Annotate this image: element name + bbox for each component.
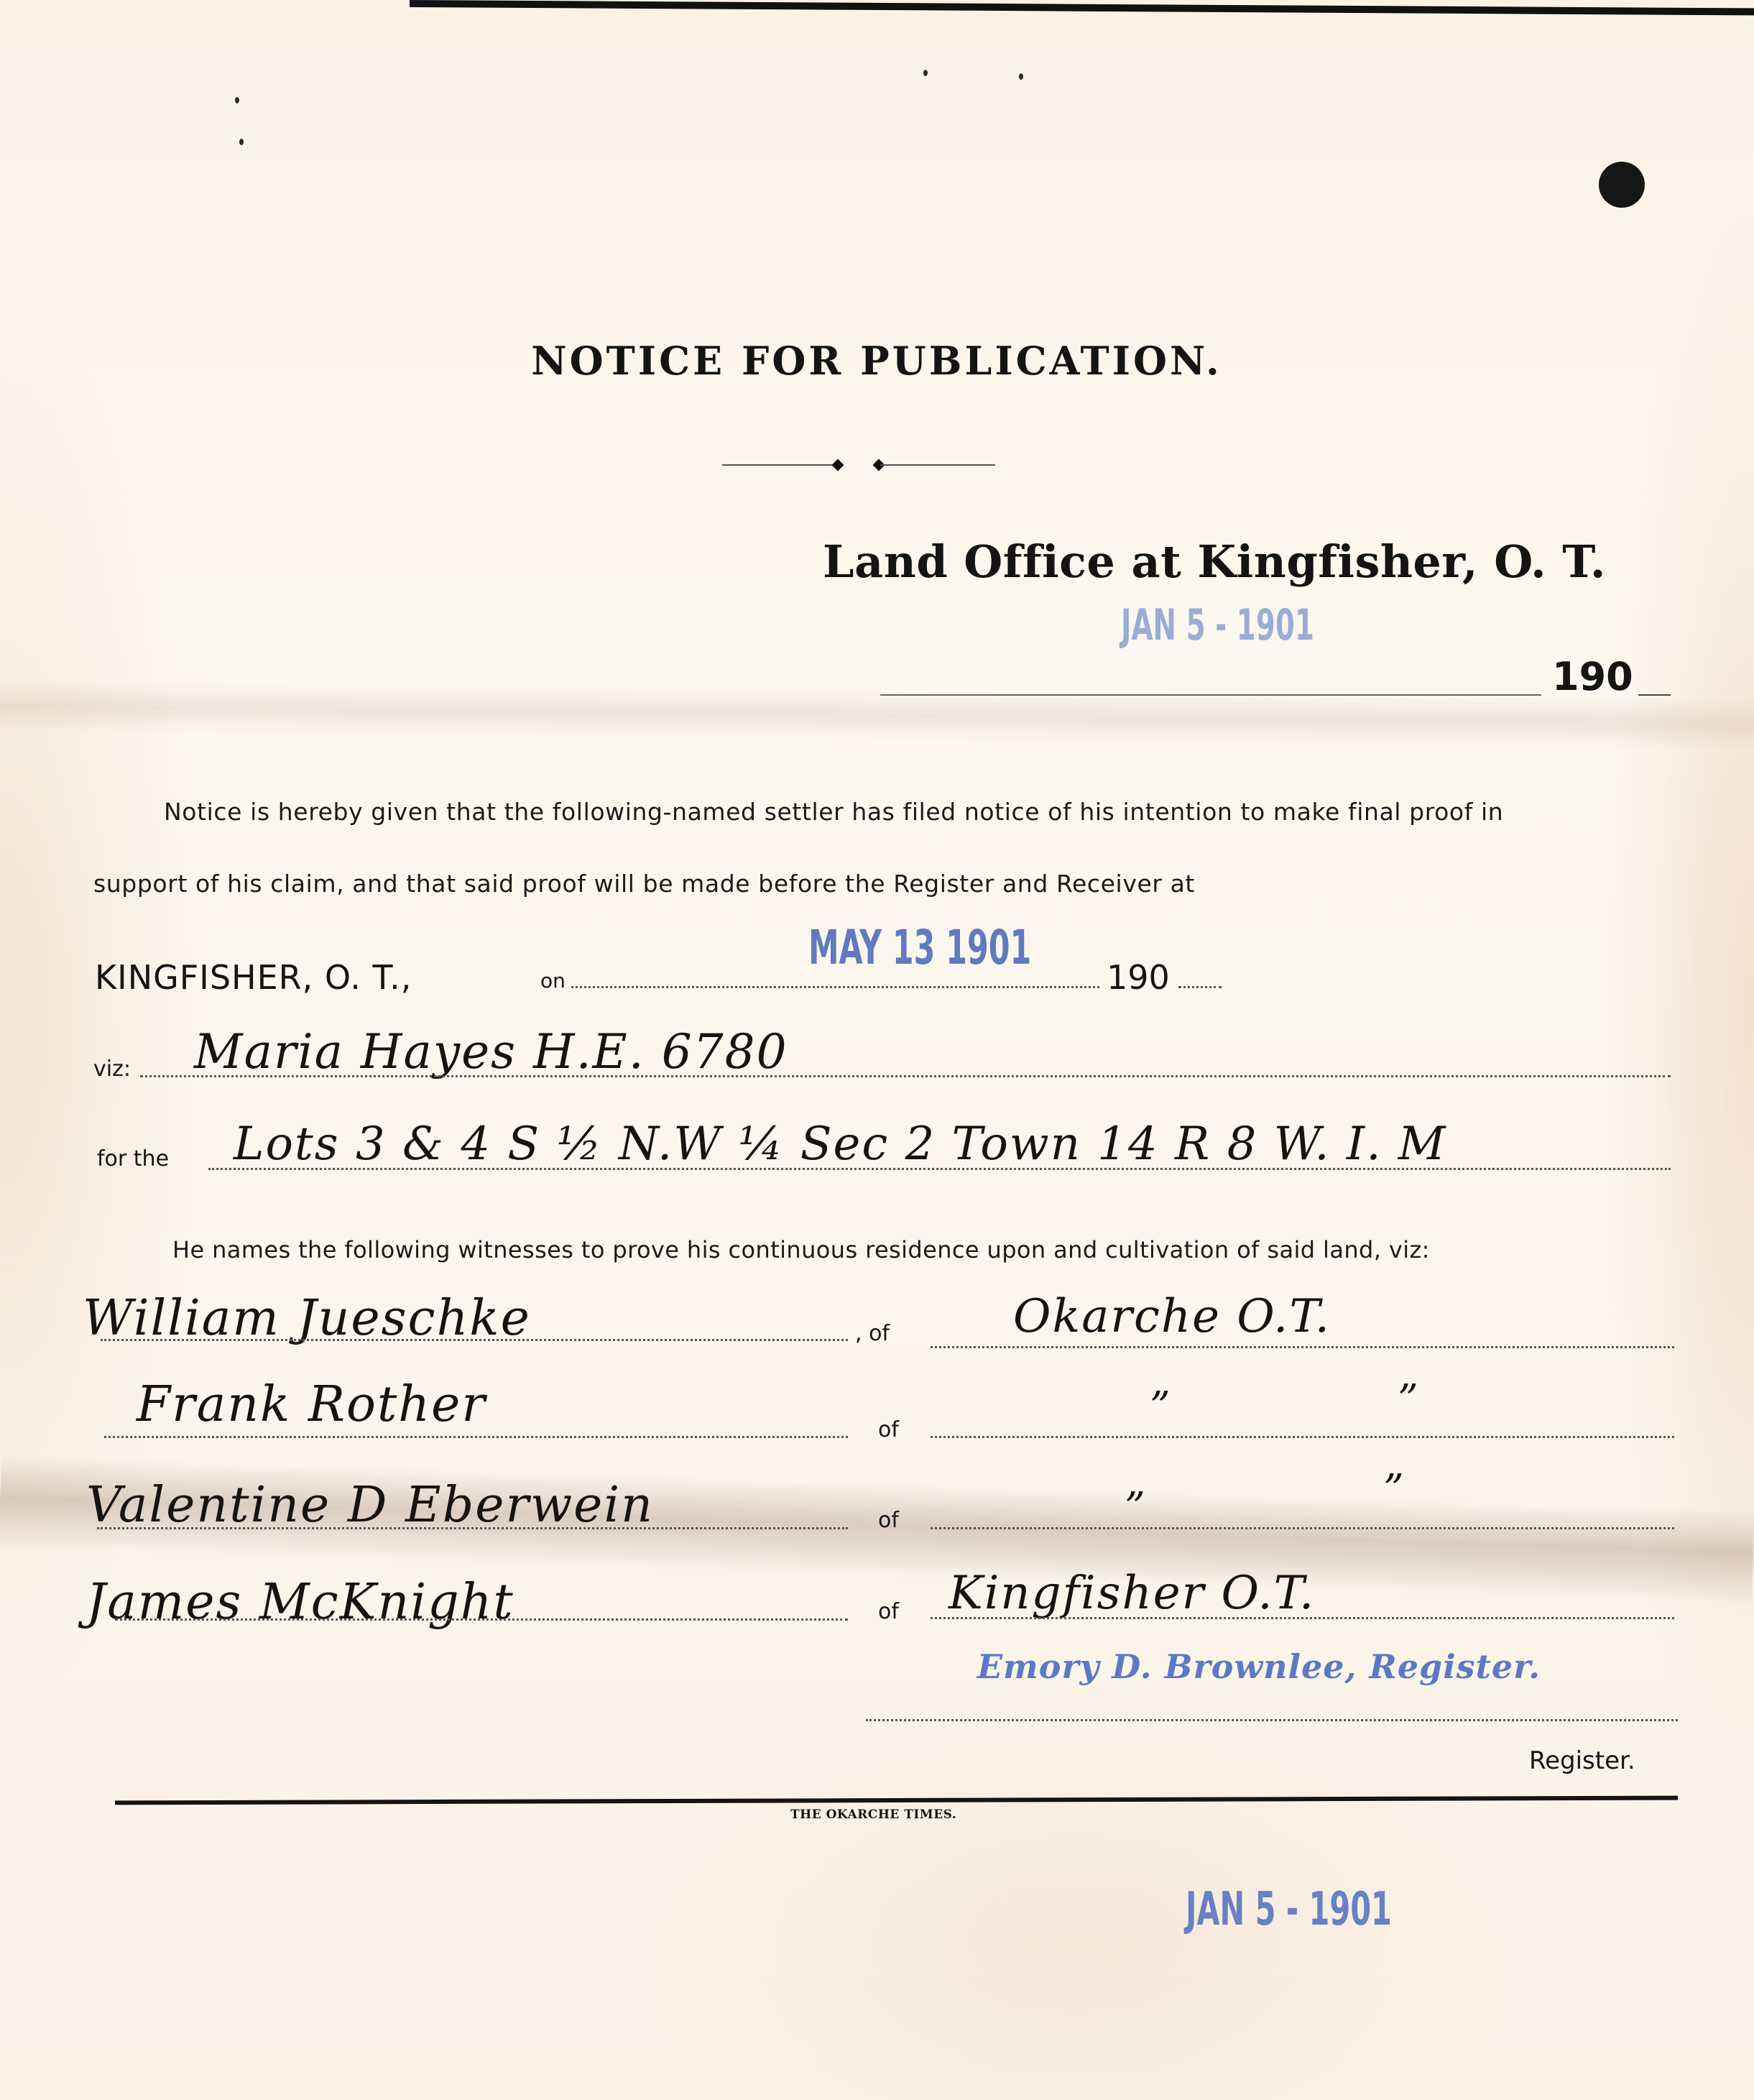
- claimant-field-line: [140, 1075, 1671, 1077]
- witness-3-place-line: [931, 1527, 1674, 1529]
- witness-4-name: James McKnight: [86, 1574, 514, 1631]
- witness-3-of-label: of: [878, 1508, 899, 1533]
- pin-mark: [1019, 73, 1023, 80]
- proof-location: KINGFISHER, O. T.,: [95, 958, 412, 997]
- witness-1-place: Okarche O.T.: [1013, 1290, 1331, 1343]
- witness-2-place-line: [931, 1436, 1674, 1438]
- for-the-label: for the: [97, 1146, 169, 1171]
- date-blank-line: [880, 694, 1541, 696]
- viz-label: viz:: [93, 1056, 131, 1082]
- register-signature-line: [866, 1719, 1678, 1721]
- date-stamp-filed: JAN 5 - 1901: [1186, 1883, 1392, 1936]
- witness-3-place-ditto: ”: [1383, 1466, 1405, 1513]
- proof-year-blank: [1178, 986, 1222, 988]
- witness-intro: He names the following witnesses to prov…: [172, 1236, 1430, 1263]
- witness-1-of-label: , of: [855, 1321, 890, 1346]
- year-prefix: 190: [1552, 654, 1633, 699]
- printer-imprint: THE OKARCHE TIMES.: [790, 1807, 956, 1822]
- witness-2-place-ditto: ”: [1150, 1383, 1172, 1430]
- on-label: on: [540, 969, 566, 993]
- witness-2-name: Frank Rother: [137, 1376, 486, 1433]
- year-blank: [1638, 694, 1671, 696]
- witness-4-of-label: of: [878, 1599, 899, 1624]
- pin-mark: [239, 139, 244, 145]
- notice-body-line-1: Notice is hereby given that the followin…: [164, 798, 1503, 826]
- pin-mark: [235, 97, 239, 103]
- register-signature-stamp: Emory D. Brownlee, Register.: [977, 1647, 1541, 1686]
- witness-3-name-line: [97, 1527, 848, 1529]
- witness-2-name-line: [104, 1436, 848, 1438]
- claimant-entry: Maria Hayes H.E. 6780: [194, 1024, 788, 1079]
- witness-1-name-line: [101, 1339, 848, 1341]
- proof-date-stamp: MAY 13 1901: [808, 920, 1031, 975]
- witness-4-place: Kingfisher O.T.: [948, 1567, 1315, 1620]
- land-description-field-line: [208, 1168, 1671, 1170]
- witness-4-name-line: [115, 1618, 848, 1621]
- witness-2-place-ditto: ”: [1398, 1376, 1420, 1423]
- witness-4-place-line: [931, 1617, 1674, 1619]
- document-title: NOTICE FOR PUBLICATION.: [402, 338, 1351, 384]
- register-label: Register.: [1529, 1746, 1635, 1775]
- land-office-heading: Land Office at Kingfisher, O. T.: [823, 535, 1606, 588]
- proof-year-prefix: 190: [1107, 958, 1170, 997]
- witness-3-name: Valentine D Eberwein: [86, 1477, 654, 1534]
- land-description-entry: Lots 3 & 4 S ½ N.W ¼ Sec 2 Town 14 R 8 W…: [234, 1118, 1446, 1171]
- punch-hole: [1599, 162, 1645, 208]
- witness-1-place-line: [931, 1346, 1674, 1348]
- witness-2-of-label: of: [878, 1417, 899, 1442]
- proof-date-field-line: [571, 986, 1099, 988]
- title-ornament: [722, 460, 995, 470]
- date-stamp-received: JAN 5 - 1901: [1121, 600, 1314, 650]
- pin-mark: [923, 70, 928, 76]
- witness-3-place-ditto: ”: [1125, 1484, 1147, 1531]
- notice-body-line-2: support of his claim, and that said proo…: [93, 870, 1195, 898]
